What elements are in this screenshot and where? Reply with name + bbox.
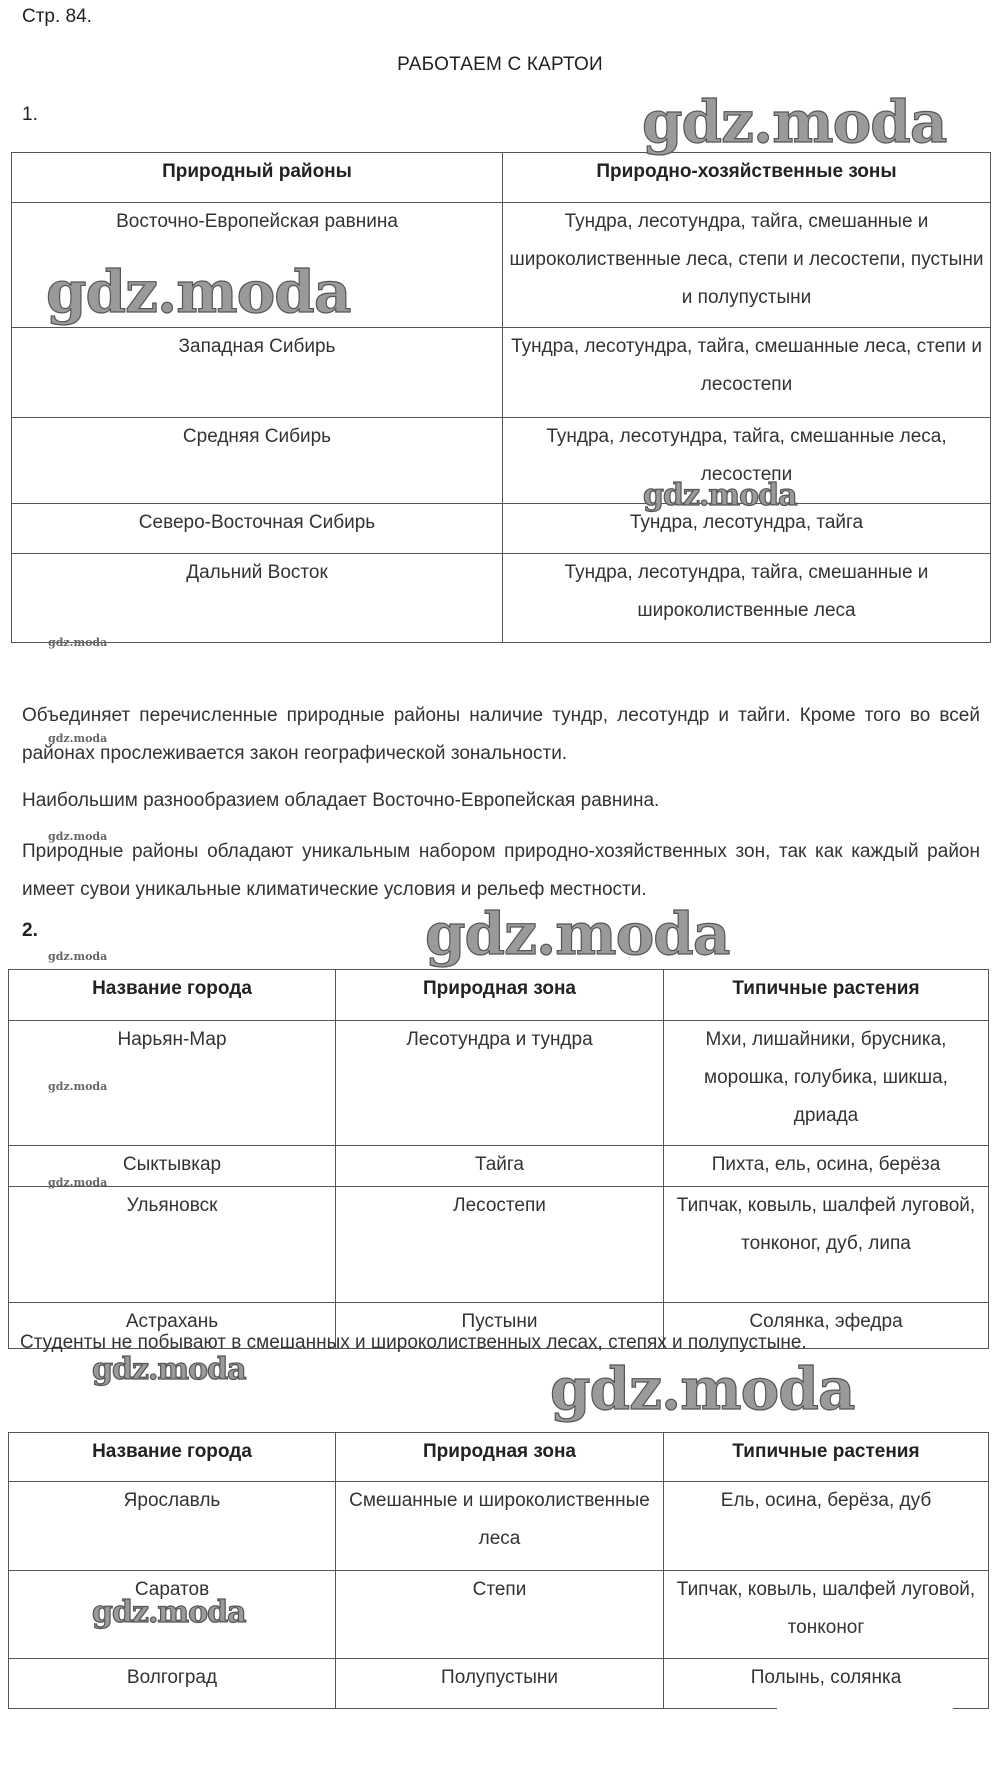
note-text: Студенты не побывают в смешанных и широк…: [20, 1328, 978, 1358]
zone-cell: Полупустыни: [336, 1659, 664, 1709]
plants-cell: Типчак, ковыль, шалфей луговой, тонконог: [664, 1571, 989, 1659]
region-cell: Западная Сибирь: [12, 328, 503, 418]
table-header-row: Название города Природная зона Типичные …: [9, 970, 989, 1021]
zones-cell: Тундра, лесотундра, тайга, смешанные лес…: [503, 328, 991, 418]
region-cell: Северо-Восточная Сибирь: [12, 504, 503, 554]
paragraph-uniqueness: Природные районы обладают уникальным наб…: [22, 833, 980, 909]
table-row: Ульяновск Лесостепи Типчак, ковыль, шалф…: [9, 1187, 989, 1303]
table-header-row: Название города Природная зона Типичные …: [9, 1433, 989, 1482]
table-row: Волгоград Полупустыни Полынь, солянка: [9, 1659, 989, 1709]
region-cell: Восточно-Европейская равнина: [12, 203, 503, 328]
task-number-2: 2.: [22, 920, 38, 942]
page-title: РАБОТАЕМ С КАРТОИ: [0, 54, 1000, 76]
table-row: Северо-Восточная Сибирь Тундра, лесотунд…: [12, 504, 991, 554]
plants-cell: Мхи, лишайники, брусника, морошка, голуб…: [664, 1021, 989, 1146]
table-row: Сыктывкар Тайга Пихта, ель, осина, берёз…: [9, 1146, 989, 1187]
plants-cell: Типчак, ковыль, шалфей луговой, тонконог…: [664, 1187, 989, 1303]
table-row: Ярославль Смешанные и широколиственные л…: [9, 1482, 989, 1571]
region-cell: Дальний Восток: [12, 554, 503, 643]
zones-cell: Тундра, лесотундра, тайга: [503, 504, 991, 554]
plants-cell: Полынь, солянка: [664, 1659, 989, 1709]
table-row: Восточно-Европейская равнина Тундра, лес…: [12, 203, 991, 328]
paragraph-diversity: Наибольшим разнообразием обладает Восточ…: [22, 782, 980, 820]
zone-cell: Лесостепи: [336, 1187, 664, 1303]
watermark-logo: gdz.moda: [550, 1355, 854, 1423]
zone-cell: Тайга: [336, 1146, 664, 1187]
column-header: Природная зона: [336, 970, 664, 1021]
table-row: Дальний Восток Тундра, лесотундра, тайга…: [12, 554, 991, 643]
plants-cell: Ель, осина, берёза, дуб: [664, 1482, 989, 1571]
zones-cell: Тундра, лесотундра, тайга, смешанные и ш…: [503, 554, 991, 643]
zone-cell: Смешанные и широколиственные леса: [336, 1482, 664, 1571]
paragraph-common-features: Объединяет перечисленные природные район…: [22, 697, 980, 773]
column-header: Типичные растения: [664, 1433, 989, 1482]
table-row: Нарьян-Мар Лесотундра и тундра Мхи, лиша…: [9, 1021, 989, 1146]
natural-regions-table: Природный районы Природно-хозяйственные …: [11, 152, 991, 643]
zones-cell: Тундра, лесотундра, тайга, смешанные лес…: [503, 418, 991, 504]
city-cell: Ярославль: [9, 1482, 336, 1571]
column-header: Природный районы: [12, 153, 503, 203]
zone-cell: Лесотундра и тундра: [336, 1021, 664, 1146]
table-row: Саратов Степи Типчак, ковыль, шалфей луг…: [9, 1571, 989, 1659]
page-number: Стр. 84.: [22, 6, 92, 28]
city-cell: Волгоград: [9, 1659, 336, 1709]
city-cell: Сыктывкар: [9, 1146, 336, 1187]
plants-cell: Пихта, ель, осина, берёза: [664, 1146, 989, 1187]
cities-table-b: Название города Природная зона Типичные …: [8, 1432, 989, 1709]
watermark-logo: gdz.moda: [48, 950, 107, 963]
column-header: Природно-хозяйственные зоны: [503, 153, 991, 203]
watermark-logo: gdz.moda: [642, 88, 946, 156]
city-cell: Ульяновск: [9, 1187, 336, 1303]
column-header: Типичные растения: [664, 970, 989, 1021]
region-cell: Средняя Сибирь: [12, 418, 503, 504]
table-row: Средняя Сибирь Тундра, лесотундра, тайга…: [12, 418, 991, 504]
column-header: Название города: [9, 1433, 336, 1482]
column-header: Природная зона: [336, 1433, 664, 1482]
city-cell: Саратов: [9, 1571, 336, 1659]
table-row: Западная Сибирь Тундра, лесотундра, тайг…: [12, 328, 991, 418]
border-gap: [777, 1706, 953, 1710]
column-header: Название города: [9, 970, 336, 1021]
watermark-logo: gdz.moda: [425, 900, 729, 968]
zones-cell: Тундра, лесотундра, тайга, смешанные и ш…: [503, 203, 991, 328]
task-number-1: 1.: [22, 104, 38, 126]
table-header-row: Природный районы Природно-хозяйственные …: [12, 153, 991, 203]
cities-table-a: Название города Природная зона Типичные …: [8, 969, 989, 1349]
city-cell: Нарьян-Мар: [9, 1021, 336, 1146]
zone-cell: Степи: [336, 1571, 664, 1659]
